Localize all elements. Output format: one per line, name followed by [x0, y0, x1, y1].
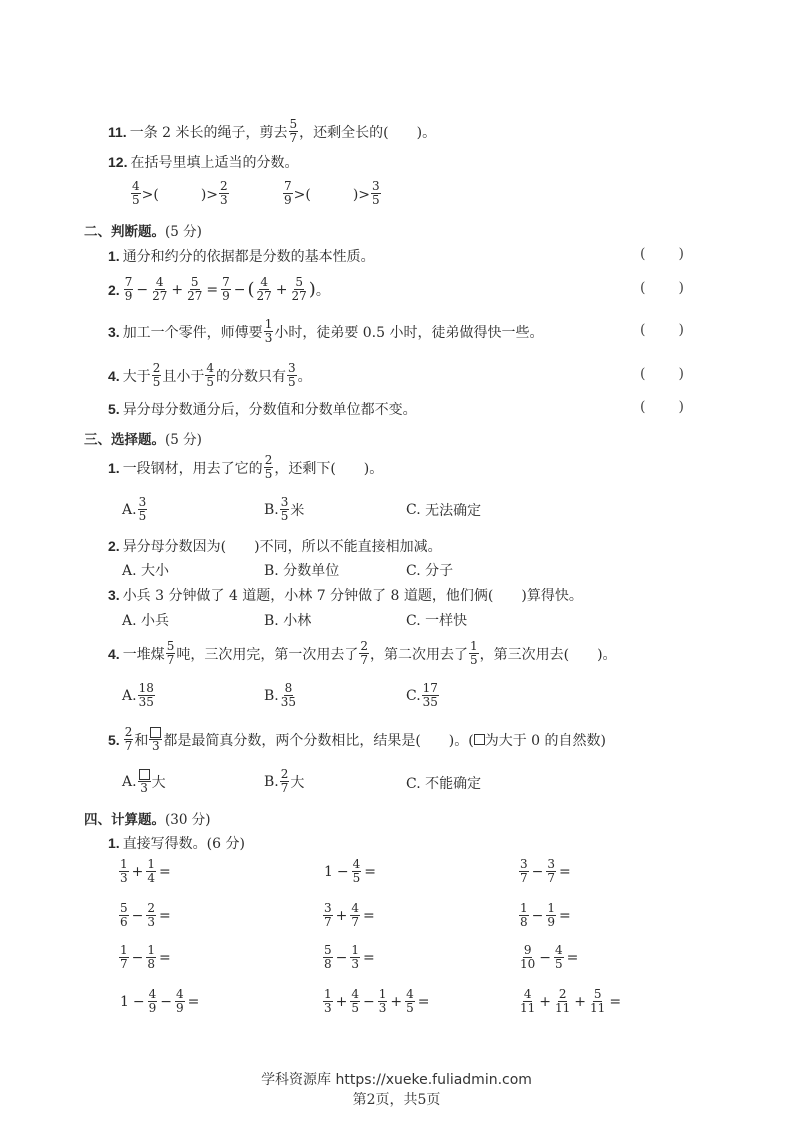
answer-paren[interactable]: ()	[640, 246, 684, 262]
fraction: 13	[350, 944, 360, 971]
fraction: 19	[546, 902, 556, 929]
operator: =	[159, 950, 171, 966]
fraction: 56	[119, 902, 129, 929]
operator: 1	[120, 994, 129, 1010]
operator: −	[133, 994, 145, 1010]
fraction: 79	[283, 180, 293, 207]
answer-blank[interactable]: >( )>	[294, 184, 370, 204]
fraction: 27	[124, 726, 134, 753]
judge-item-4: 4. 大于 25 且小于 45 的分数只有 35 。	[108, 362, 312, 389]
fraction: 527	[186, 276, 203, 303]
option-b[interactable]: B. 小林	[264, 610, 311, 630]
watermark: 学科资源库 https://xueke.fuliadmin.com	[0, 1069, 793, 1089]
fraction: 27	[359, 640, 369, 667]
operator: −	[363, 994, 375, 1010]
operator: =	[609, 994, 621, 1010]
operator: =	[363, 950, 375, 966]
fraction: 835	[280, 682, 297, 709]
operator: −	[337, 864, 349, 880]
question-number: 12.	[108, 154, 127, 170]
option-c[interactable]: C. 1735	[406, 682, 440, 709]
calc-question-1: 1. 直接写得数。(6 分)	[108, 833, 245, 853]
operator: −	[132, 908, 144, 924]
judge-item-3: 3. 加工一个零件，师傅要 13 小时，徒弟要 0.5 小时，徒弟做得快一些。	[108, 318, 544, 345]
fraction: 58	[323, 944, 333, 971]
option-c[interactable]: C. 不能确定	[406, 773, 481, 793]
operator: =	[364, 864, 376, 880]
option-b[interactable]: B. 835	[264, 682, 298, 709]
operator: +	[132, 864, 144, 880]
fraction: 49	[175, 988, 185, 1015]
q12-comparison-1: 45 >( )> 23	[130, 180, 230, 207]
option-b[interactable]: B. 27 大	[264, 768, 304, 795]
operator: +	[390, 994, 402, 1010]
question-11: 11. 一条 2 米长的绳子，剪去 57 ，还剩全长的( )。	[108, 118, 436, 145]
operator: +	[336, 994, 348, 1010]
calc-expression: 37−37=	[518, 858, 573, 885]
fraction: 25	[152, 362, 162, 389]
question-text: ，还剩全长的( )。	[299, 122, 436, 142]
calc-expression: 17−18=	[118, 944, 173, 971]
question-number: 11.	[108, 124, 127, 140]
operator: =	[159, 908, 171, 924]
operator: 1	[324, 864, 333, 880]
fraction: 49	[148, 988, 158, 1015]
section-calc-title: 四、计算题。(30 分)	[84, 808, 211, 828]
option-c[interactable]: C. 无法确定	[406, 500, 481, 520]
operator: =	[567, 950, 579, 966]
question-text: 在括号里填上适当的分数。	[130, 152, 298, 172]
operator: −	[132, 950, 144, 966]
choice-item-3: 3. 小兵 3 分钟做了 4 道题，小林 7 分钟做了 8 道题，他们俩( )算…	[108, 585, 583, 605]
fraction: 37	[519, 858, 529, 885]
answer-paren[interactable]: ()	[640, 280, 684, 296]
fraction: 79	[124, 276, 134, 303]
square-placeholder-icon	[139, 769, 150, 780]
option-a[interactable]: A. 小兵	[122, 610, 169, 630]
fraction: 35	[280, 496, 290, 523]
operator: =	[418, 994, 430, 1010]
calc-expression: 1−45=	[322, 858, 378, 885]
fraction: 47	[350, 902, 360, 929]
fraction: 35	[287, 362, 297, 389]
choice-item-2: 2. 异分母分数因为( )不同，所以不能直接相加减。	[108, 536, 442, 556]
calc-expression: 56−23=	[118, 902, 173, 929]
choice-item-4: 4. 一堆煤 57 吨，三次用完，第一次用去了 27 ，第二次用去了 15 ，第…	[108, 640, 617, 667]
operator: −	[160, 994, 172, 1010]
fraction: 18	[146, 944, 156, 971]
fraction: 527	[291, 276, 308, 303]
operator: +	[574, 994, 586, 1010]
calc-expression: 37+47=	[322, 902, 377, 929]
operator: =	[188, 994, 200, 1010]
fraction: 45	[205, 362, 215, 389]
fraction: 25	[264, 454, 274, 481]
fraction: 1835	[138, 682, 155, 709]
fraction: 37	[546, 858, 556, 885]
fraction: 37	[323, 902, 333, 929]
fraction: 18	[519, 902, 529, 929]
option-a[interactable]: A. 大小	[122, 560, 169, 580]
choice-item-1: 1. 一段钢材，用去了它的 25 ，还剩下( )。	[108, 454, 383, 481]
fraction: 14	[146, 858, 156, 885]
operator: +	[539, 994, 551, 1010]
operator: =	[363, 908, 375, 924]
fraction: 27	[280, 768, 290, 795]
operator: −	[336, 950, 348, 966]
fraction: 427	[151, 276, 168, 303]
choice-item-5: 5. 27 和 3 都是最简真分数，两个分数相比，结果是( )。(为大于 0 的…	[108, 726, 606, 753]
judge-item-2: 2. 79 − 427 + 527 = 79 − ( 427 + 527 ) 。	[108, 276, 330, 303]
operator: =	[559, 908, 571, 924]
fraction: 45	[352, 858, 362, 885]
calc-expression: 13+45−13+45=	[322, 988, 432, 1015]
fraction: 910	[519, 944, 536, 971]
question-12: 12. 在括号里填上适当的分数。	[108, 152, 298, 172]
option-b[interactable]: B. 35 米	[264, 496, 304, 523]
option-a[interactable]: A. 1835	[122, 682, 156, 709]
fraction: 511	[589, 988, 606, 1015]
section-choice-title: 三、选择题。(5 分)	[84, 428, 202, 448]
fraction: 57	[289, 118, 299, 145]
square-placeholder-icon	[474, 734, 485, 745]
answer-paren[interactable]: ()	[640, 366, 684, 382]
fraction: 427	[256, 276, 273, 303]
option-b[interactable]: B. 分数单位	[264, 560, 339, 580]
fraction: 35	[138, 496, 148, 523]
fraction: 45	[131, 180, 141, 207]
option-a[interactable]: A. 35	[122, 496, 148, 523]
fraction: 1735	[422, 682, 439, 709]
q12-comparison-2: 79 >( )> 35	[282, 180, 382, 207]
question-text: 一条 2 米长的绳子，剪去	[130, 122, 288, 142]
calc-expression: 910−45=	[518, 944, 580, 971]
calc-expression: 1−49−49=	[118, 988, 201, 1015]
operator: =	[159, 864, 171, 880]
answer-blank[interactable]: >( )>	[142, 184, 218, 204]
calc-expression: 13+14=	[118, 858, 173, 885]
fraction: 211	[554, 988, 571, 1015]
fraction: 13	[264, 318, 274, 345]
operator: +	[336, 908, 348, 924]
square-placeholder-icon	[150, 727, 161, 738]
fraction: 45	[350, 988, 360, 1015]
fraction: 45	[405, 988, 415, 1015]
fraction: 15	[469, 640, 479, 667]
operator: −	[532, 864, 544, 880]
option-a[interactable]: A. 3 大	[122, 768, 166, 795]
answer-paren[interactable]: ()	[640, 322, 684, 338]
fraction: 3	[149, 726, 162, 753]
fraction: 45	[554, 944, 564, 971]
judge-item-5: 5. 异分母分数通分后，分数值和分数单位都不变。	[108, 399, 417, 419]
fraction: 13	[323, 988, 333, 1015]
fraction: 13	[119, 858, 129, 885]
judge-item-1: 1. 通分和约分的依据都是分数的基本性质。	[108, 246, 375, 266]
option-c[interactable]: C. 一样快	[406, 610, 467, 630]
fraction: 3	[138, 768, 151, 795]
fraction: 57	[166, 640, 176, 667]
option-c[interactable]: C. 分子	[406, 560, 453, 580]
fraction: 79	[221, 276, 231, 303]
fraction: 23	[146, 902, 156, 929]
page-number: 第2页，共5页	[0, 1089, 793, 1109]
fraction: 35	[371, 180, 381, 207]
operator: −	[532, 908, 544, 924]
answer-paren[interactable]: ()	[640, 399, 684, 415]
fraction: 13	[378, 988, 388, 1015]
fraction: 411	[519, 988, 536, 1015]
calc-expression: 411+211+511=	[518, 988, 623, 1015]
fraction: 17	[119, 944, 129, 971]
section-judge-title: 二、判断题。(5 分)	[84, 220, 202, 240]
operator: =	[559, 864, 571, 880]
calc-expression: 18−19=	[518, 902, 573, 929]
operator: −	[539, 950, 551, 966]
calc-expression: 58−13=	[322, 944, 377, 971]
fraction: 23	[219, 180, 229, 207]
